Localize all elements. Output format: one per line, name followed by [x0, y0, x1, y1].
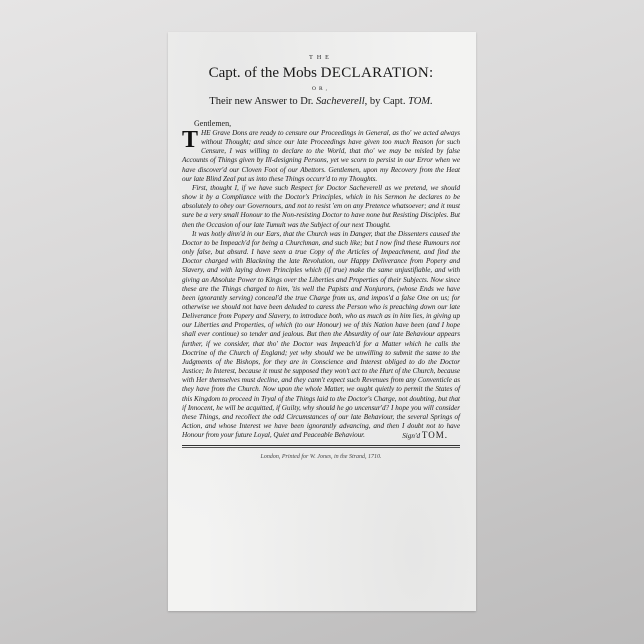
title-declaration: DECLARATION:: [321, 65, 434, 81]
divider-rule-thin: [182, 447, 460, 448]
salutation: Gentlemen,: [182, 119, 460, 129]
paragraph-2: First, thought I, if we have such Respec…: [182, 184, 460, 230]
subtitle-author: TOM.: [408, 96, 433, 107]
imprint: London, Printed for W. Jones, in the Str…: [182, 453, 460, 461]
paragraph-3: It was hotly dinn'd in our Ears, that th…: [182, 230, 460, 441]
header-or: OR,: [182, 85, 460, 93]
subtitle-prefix: Their new Answer to Dr.: [209, 96, 316, 107]
paragraph-1: THE Grave Dons are ready to censure our …: [182, 129, 460, 184]
page-title: Capt. of the Mobs DECLARATION:: [182, 64, 460, 82]
broadside-page: THE Capt. of the Mobs DECLARATION: OR, T…: [168, 32, 476, 611]
declaration-body: THE Grave Dons are ready to censure our …: [182, 129, 460, 440]
signature-signed: Sign'd: [402, 432, 422, 440]
drop-cap: T: [182, 130, 198, 150]
subtitle-suffix: , by Capt.: [365, 96, 408, 107]
subtitle-name: Sacheverell: [316, 96, 365, 107]
page-subtitle: Their new Answer to Dr. Sacheverell, by …: [182, 95, 460, 109]
signature-name: TOM.: [422, 430, 448, 440]
paragraph-1-text: HE Grave Dons are ready to censure our P…: [182, 129, 460, 183]
divider-rule: [182, 445, 460, 446]
header-the: THE: [182, 54, 460, 62]
title-prefix: Capt. of the Mobs: [209, 65, 321, 81]
